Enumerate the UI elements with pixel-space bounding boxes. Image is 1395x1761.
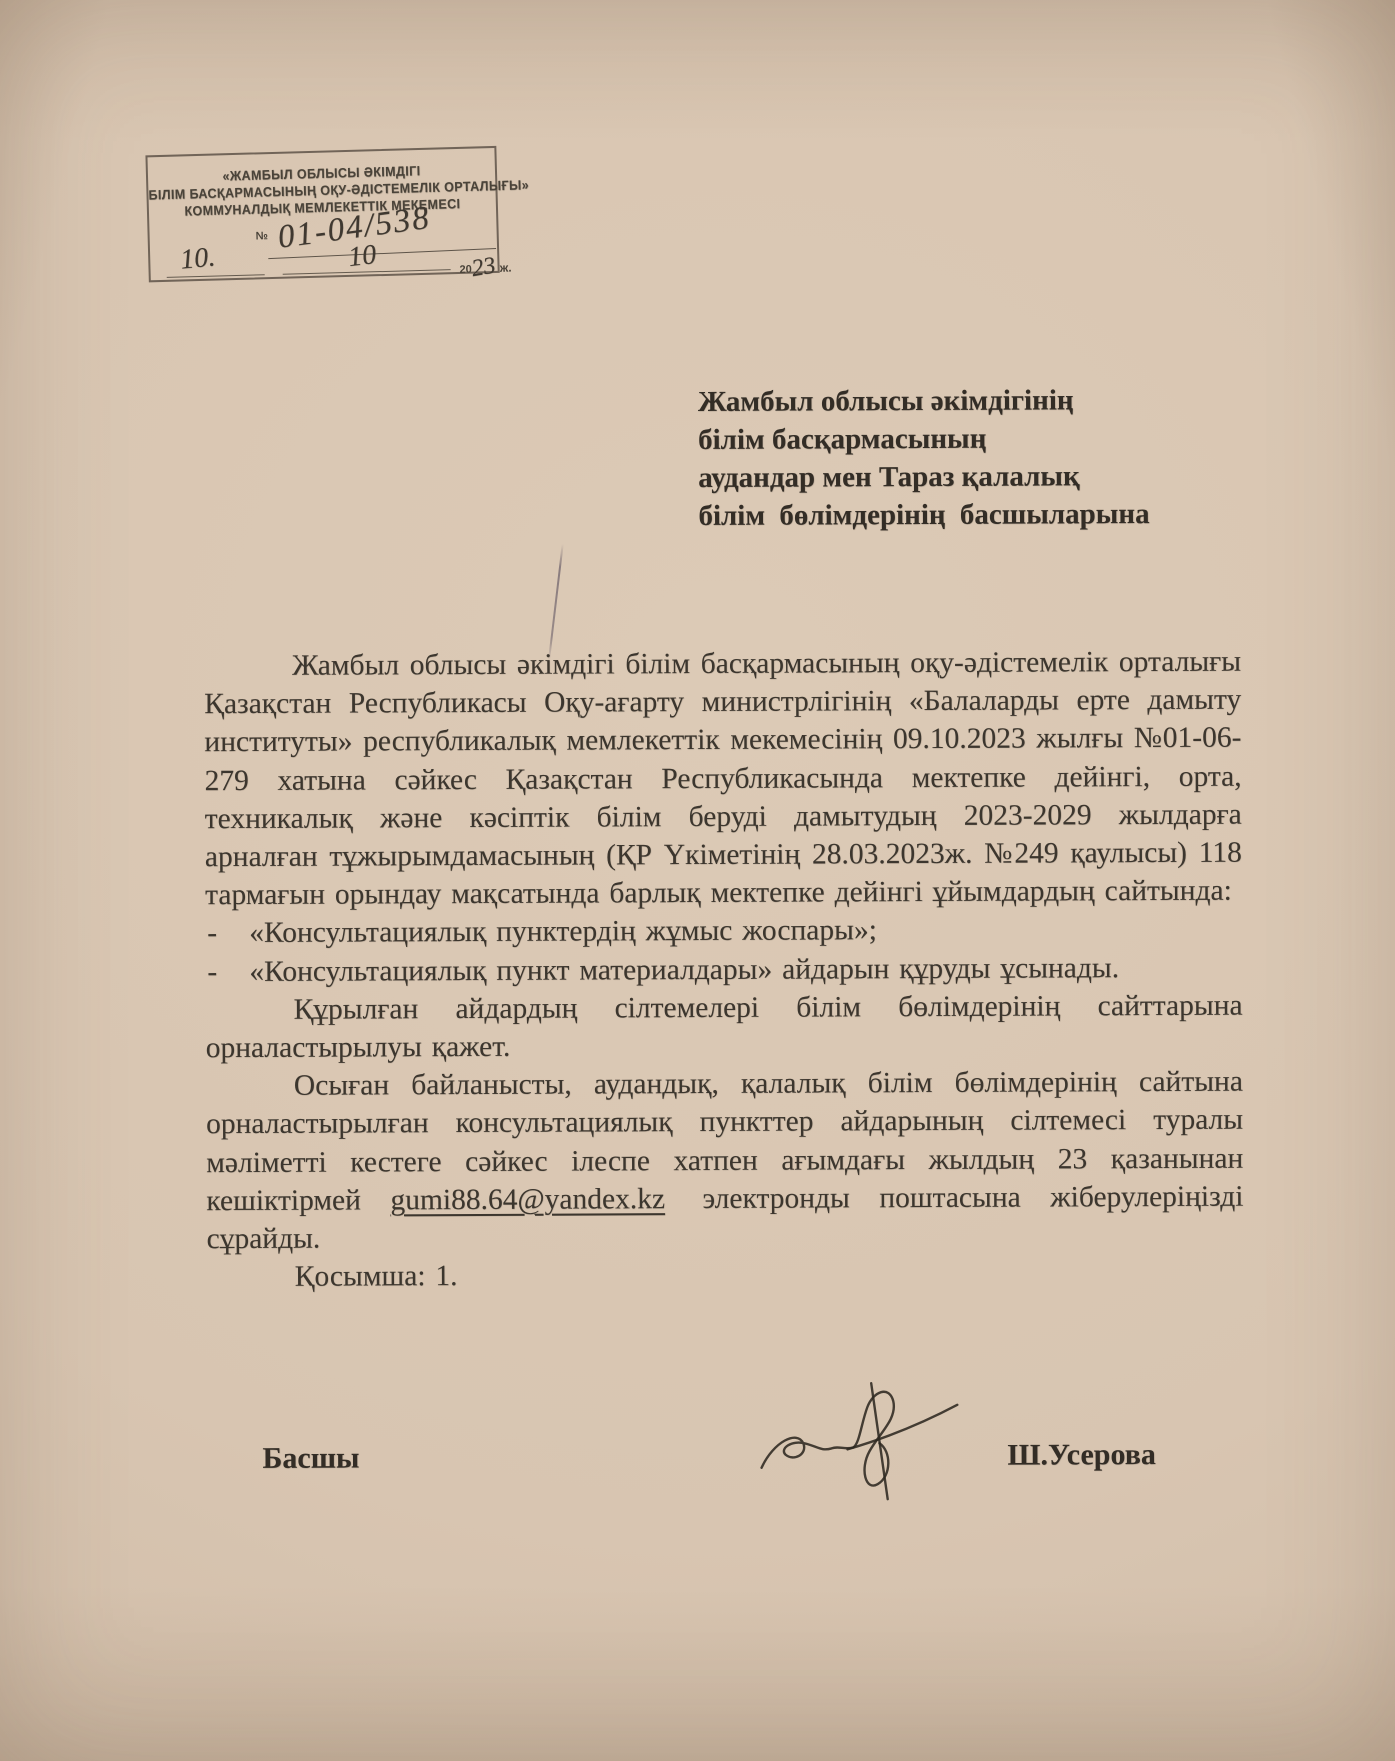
stamp-date-day-handwritten: 10.	[179, 241, 217, 276]
scanned-letter-page: «ЖАМБЫЛ ОБЛЫСЫ ӘКІМДІГІ БІЛІМ БАСҚАРМАСЫ…	[0, 0, 1395, 1761]
paragraph-request: Осыған байланысты, аудандық, қалалық біл…	[206, 1063, 1244, 1259]
list-item: - «Консультациялық пункт материалдары» а…	[205, 948, 1242, 991]
list-dash-marker: -	[205, 953, 249, 991]
list-dash-marker: -	[205, 914, 249, 952]
stamp-date-month-handwritten: 10	[347, 239, 378, 274]
recipient-line: білім бөлімдерінің басшыларына	[698, 495, 1149, 535]
email-address: gumi88.64@yandex.kz	[390, 1183, 673, 1216]
signer-name: Ш.Усерова	[1007, 1438, 1156, 1473]
recipient-line: білім басқармасының	[698, 419, 1149, 459]
pen-mark	[548, 544, 564, 661]
attachment-note: Қосымша: 1.	[207, 1254, 1244, 1297]
paragraph-placement: Құрылған айдардың сілтемелері білім бөлі…	[205, 986, 1242, 1067]
list-item-text: «Консультациялық пункт материалдары» айд…	[249, 948, 1242, 991]
stamp-year-suffix: ж.	[500, 261, 512, 275]
list-item-text: «Консультациялық пунктердің жұмыс жоспар…	[249, 910, 1242, 953]
signature-block: Басшы Ш.Усерова	[207, 1430, 1244, 1435]
paragraph-intro: Жамбыл облысы әкімдігі білім басқармасын…	[204, 643, 1242, 915]
recipient-line: Жамбыл облысы әкімдігінің	[698, 381, 1149, 421]
registration-stamp: «ЖАМБЫЛ ОБЛЫСЫ ӘКІМДІГІ БІЛІМ БАСҚАРМАСЫ…	[145, 146, 499, 282]
stamp-number-sign: №	[256, 230, 269, 242]
letter-content: «ЖАМБЫЛ ОБЛЫСЫ ӘКІМДІГІ БІЛІМ БАСҚАРМАСЫ…	[0, 0, 1395, 1761]
recipient-block: Жамбыл облысы әкімдігінің білім басқарма…	[698, 381, 1150, 535]
signer-title: Басшы	[262, 1441, 359, 1475]
handwritten-signature	[747, 1371, 978, 1532]
stamp-date-year: 2023 ж.	[459, 252, 512, 280]
recipient-line: аудандар мен Тараз қалалық	[698, 457, 1149, 497]
stamp-year-handwritten: 23	[470, 252, 498, 283]
list-item: - «Консультациялық пунктердің жұмыс жосп…	[205, 910, 1242, 953]
letter-body: Жамбыл облысы әкімдігі білім басқармасын…	[204, 643, 1244, 1297]
